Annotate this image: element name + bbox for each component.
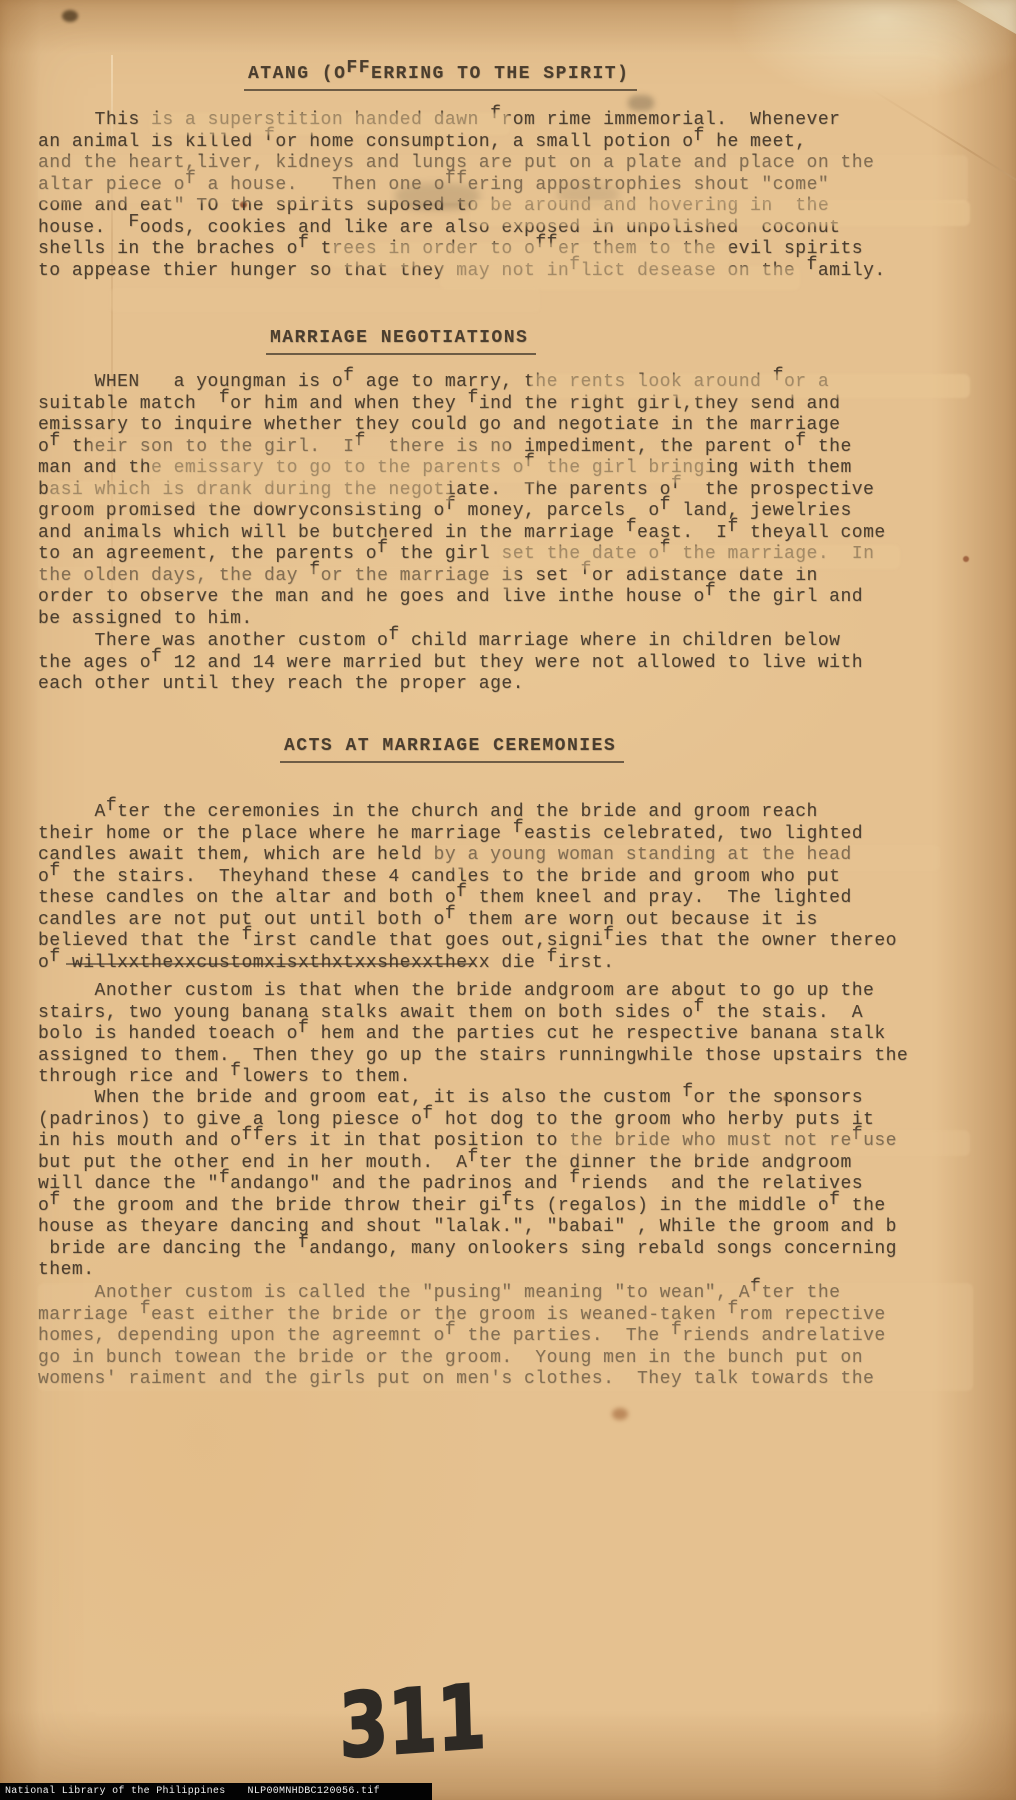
heading-acts-at-marriage-ceremonies: ACTS AT MARRIAGE CEREMONIES [280,736,624,763]
ink-fade-patch [110,288,540,312]
torn-corner [946,0,1016,40]
paragraph-atang: This is a superstition handed dawn from … [38,110,978,282]
paragraph-ceremonies-3: When the bride and groom eat, it is also… [38,1088,983,1282]
ink-smudge [628,95,654,111]
paper-stain [62,10,78,22]
heading-atang: ATANG (OFFERRING TO THE SPIRIT) [244,64,637,91]
paragraph-ceremonies-4: Another custom is called the "pusing" me… [38,1283,983,1391]
footer-library-label: National Library of the Philippines [5,1786,226,1797]
paragraph-ceremonies-2: Another custom is that when the bride an… [38,981,983,1089]
footer-filename: NLP00MNHDBC120056.tif [248,1786,380,1797]
paragraph-negotiations-1: WHEN a youngman is of age to marry, the … [38,372,978,630]
handwritten-page-number: 311 [338,1672,487,1772]
paragraph-negotiations-2: There was another custom of child marria… [38,631,978,696]
paper-stain [612,1408,628,1420]
typewriter-strikethrough [66,963,474,965]
heading-marriage-negotiations: MARRIAGE NEGOTIATIONS [266,328,536,355]
scanned-document-page: ATANG (OFFERRING TO THE SPIRIT) This is … [0,0,1016,1800]
paragraph-ceremonies-1: After the ceremonies in the church and t… [38,802,978,974]
scan-footer-bar: National Library of the Philippines NLP0… [0,1783,432,1800]
